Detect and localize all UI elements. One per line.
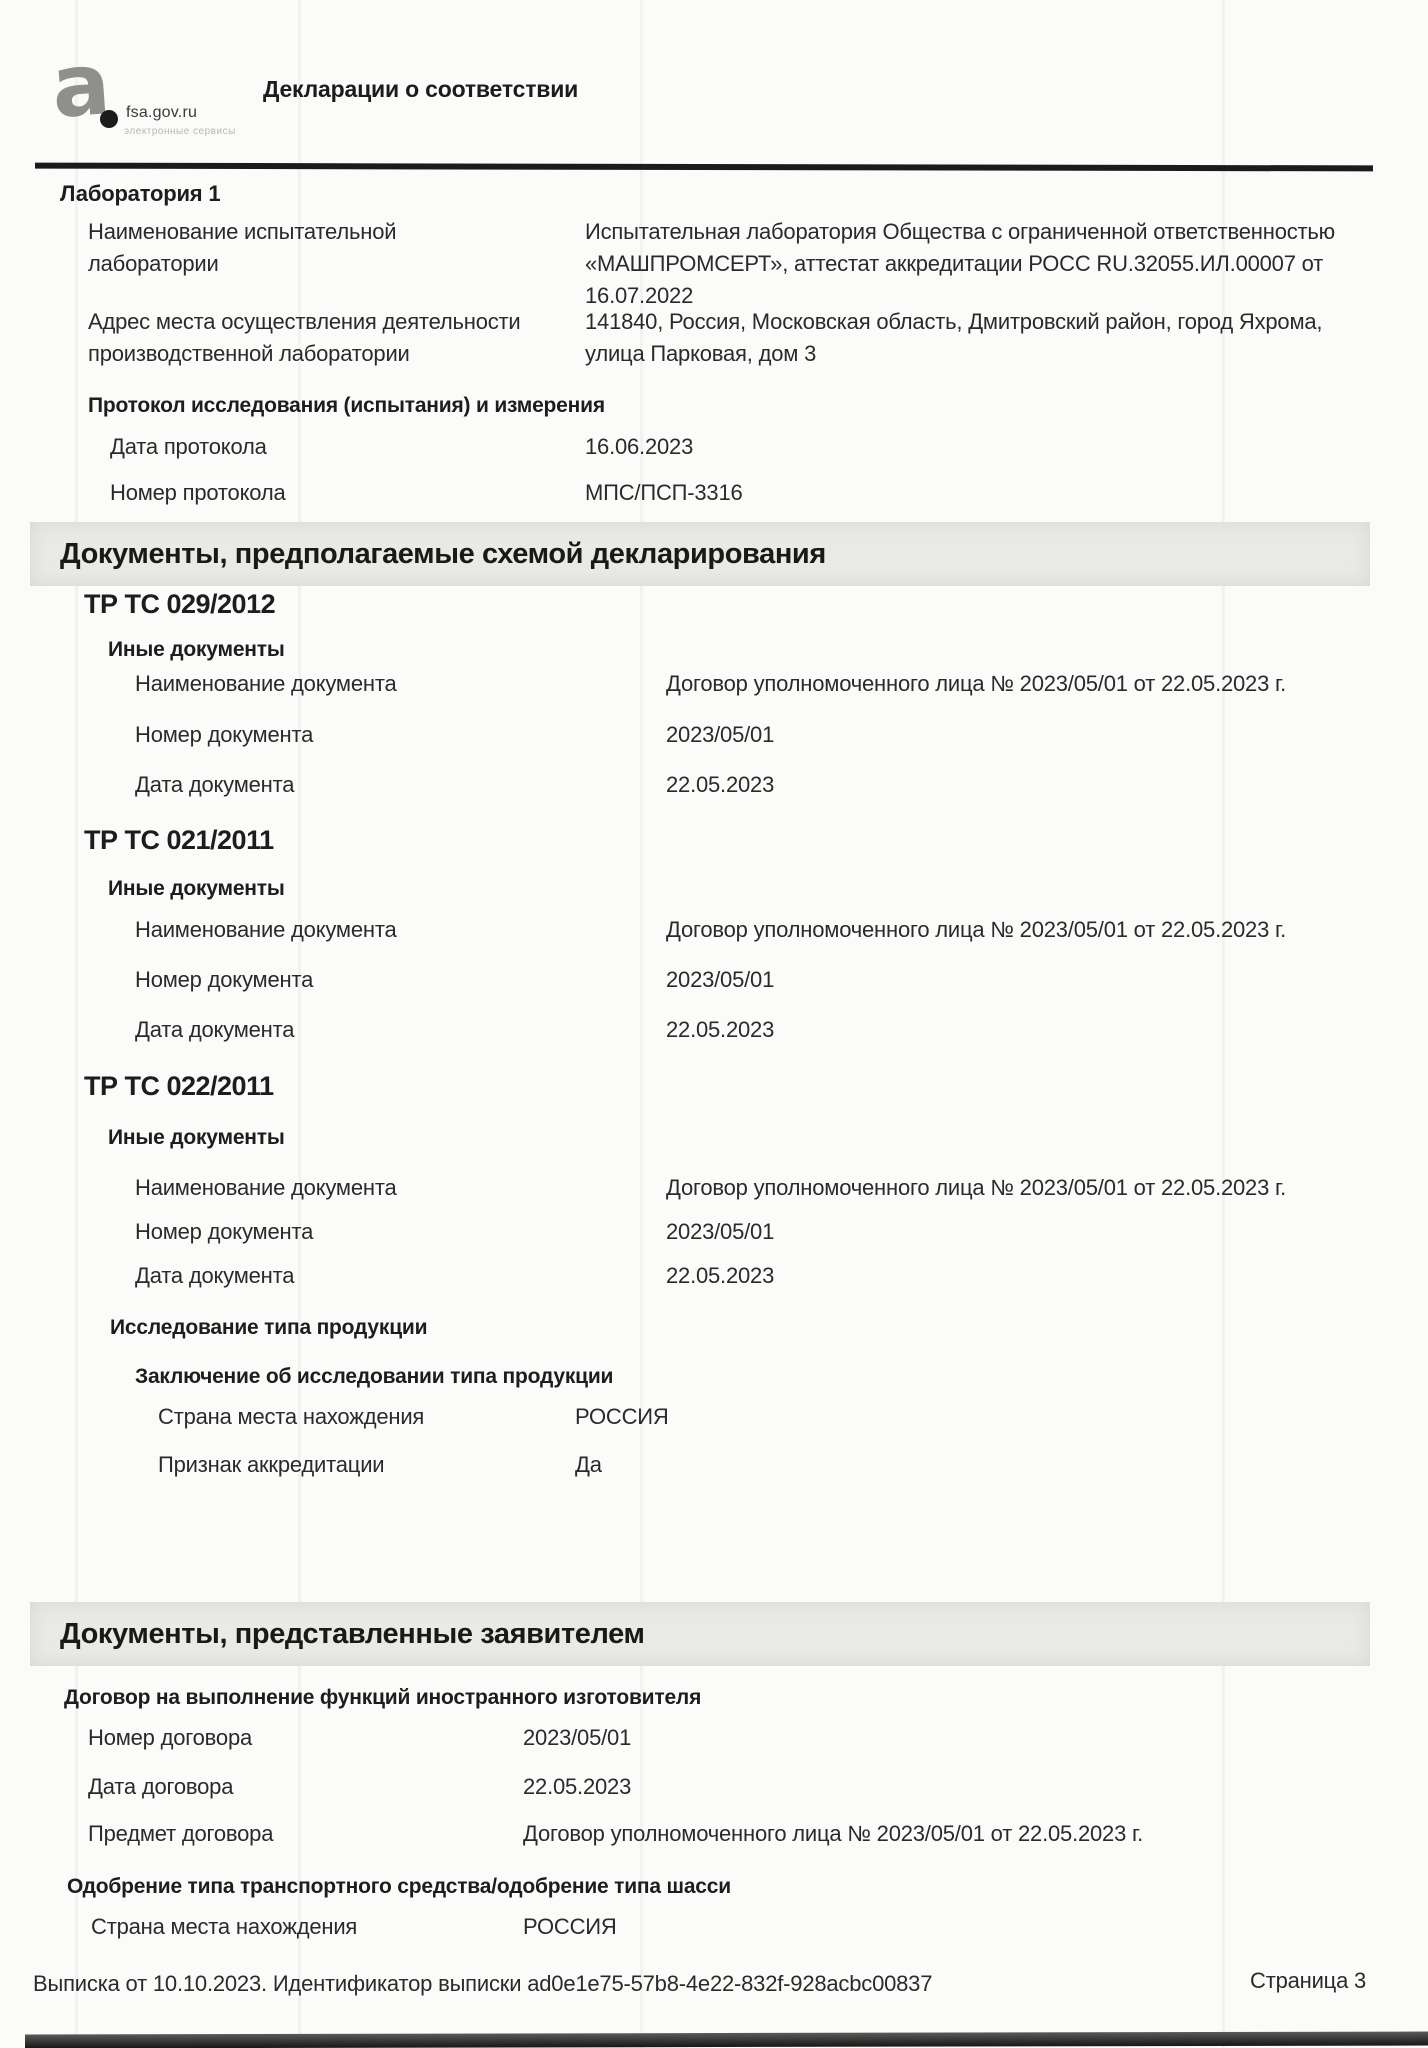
field-value: 22.05.2023 (523, 1771, 631, 1803)
fsa-logo-dot-icon (100, 110, 118, 128)
fsa-logo: а fsa.gov.ru электронные сервисы (48, 52, 268, 142)
field-label: Дата документа (135, 769, 294, 801)
protocol-heading: Протокол исследования (испытания) и изме… (88, 390, 605, 422)
section-banner-title: Документы, предполагаемые схемой деклари… (30, 538, 826, 571)
regulation-subheading: Иные документы (108, 873, 285, 905)
section-banner-scheme: Документы, предполагаемые схемой деклари… (30, 522, 1370, 586)
header-divider (35, 163, 1373, 172)
field-value: 2023/05/01 (666, 1216, 774, 1248)
regulation-subheading: Иные документы (108, 1122, 285, 1154)
field-label: Наименование документа (135, 1172, 397, 1204)
scan-edge-strip (25, 2032, 1428, 2048)
field-label: Дата протокола (110, 431, 267, 463)
field-label: Предмет договора (88, 1818, 273, 1850)
field-value: Договор уполномоченного лица № 2023/05/0… (523, 1818, 1283, 1850)
regulation-heading: ТР ТС 022/2011 (84, 1070, 274, 1102)
field-value: 2023/05/01 (666, 964, 774, 996)
field-value: Договор уполномоченного лица № 2023/05/0… (666, 914, 1406, 946)
field-label: Номер документа (135, 964, 313, 996)
document-page: а fsa.gov.ru электронные сервисы Деклара… (0, 0, 1428, 2048)
page-title: Декларации о соответствии (263, 76, 578, 103)
field-value: МПС/ПСП-3316 (585, 477, 743, 509)
field-label: Наименование документа (135, 914, 397, 946)
field-value: Договор уполномоченного лица № 2023/05/0… (666, 1172, 1406, 1204)
field-value: 141840, Россия, Московская область, Дмит… (585, 306, 1370, 370)
field-label: Номер документа (135, 719, 313, 751)
field-value: РОССИЯ (575, 1401, 669, 1433)
page-number: Страница 3 (1250, 1965, 1366, 1997)
regulation-heading: ТР ТС 029/2012 (84, 588, 275, 620)
regulation-heading: ТР ТС 021/2011 (84, 824, 274, 856)
field-value: 22.05.2023 (666, 769, 774, 801)
field-value: 2023/05/01 (666, 719, 774, 751)
field-label: Наименование испытательной лаборатории (88, 216, 528, 280)
field-value: 22.05.2023 (666, 1260, 774, 1292)
fsa-logo-tagline: электронные сервисы (124, 126, 236, 137)
field-label: Дата документа (135, 1014, 294, 1046)
field-label: Адрес места осуществления деятельности п… (88, 306, 528, 370)
field-label: Дата договора (88, 1771, 233, 1803)
field-value: 2023/05/01 (523, 1722, 631, 1754)
field-label: Номер договора (88, 1722, 252, 1754)
field-label: Номер протокола (110, 477, 286, 509)
conclusion-heading: Заключение об исследовании типа продукци… (135, 1361, 613, 1393)
field-value: 22.05.2023 (666, 1014, 774, 1046)
extract-info: Выписка от 10.10.2023. Идентификатор вып… (33, 1968, 932, 2000)
field-value: 16.06.2023 (585, 431, 693, 463)
fsa-logo-brand: fsa.gov.ru (126, 104, 197, 122)
approval-heading: Одобрение типа транспортного средства/од… (67, 1871, 731, 1903)
field-value: РОССИЯ (523, 1911, 617, 1943)
field-value: Да (575, 1449, 602, 1481)
scan-streak (75, 0, 78, 2048)
field-label: Наименование документа (135, 668, 397, 700)
field-label: Страна места нахождения (91, 1911, 357, 1943)
laboratory-heading: Лаборатория 1 (60, 178, 220, 210)
type-research-heading: Исследование типа продукции (110, 1312, 427, 1344)
contract-heading: Договор на выполнение функций иностранно… (64, 1682, 701, 1714)
field-value: Испытательная лаборатория Общества с огр… (585, 216, 1370, 312)
section-banner-applicant: Документы, представленные заявителем (30, 1602, 1370, 1666)
field-label: Дата документа (135, 1260, 294, 1292)
regulation-subheading: Иные документы (108, 634, 285, 666)
field-label: Признак аккредитации (158, 1449, 384, 1481)
field-label: Страна места нахождения (158, 1401, 424, 1433)
section-banner-title: Документы, представленные заявителем (30, 1618, 645, 1651)
field-value: Договор уполномоченного лица № 2023/05/0… (666, 668, 1406, 700)
field-label: Номер документа (135, 1216, 313, 1248)
